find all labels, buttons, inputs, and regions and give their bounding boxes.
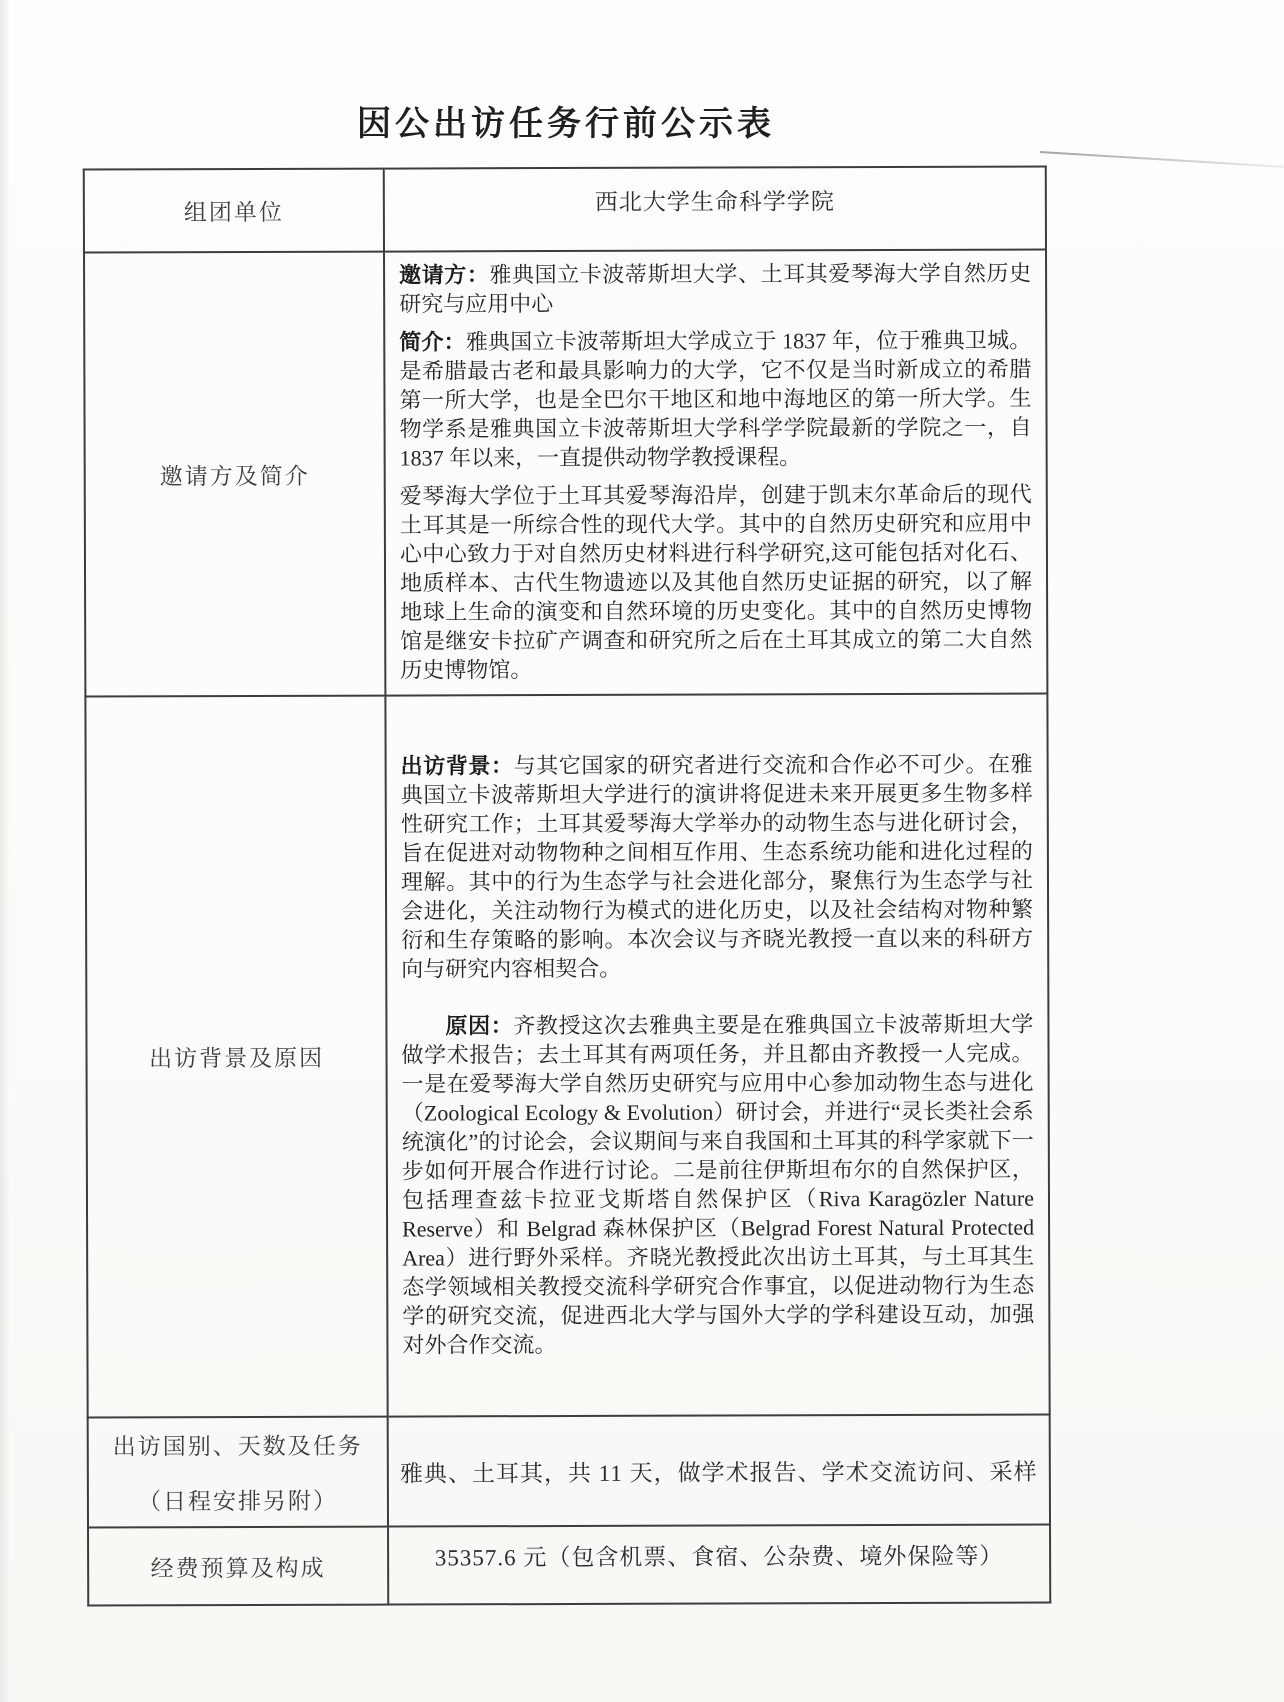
background-row: 出访背景及原因 出访背景：与其它国家的研究者进行交流和合作必不可少。在雅典国立卡…: [85, 693, 1049, 1417]
budget-row: 经费预算及构成 35357.6 元（包含机票、食宿、公杂费、境外保险等）: [88, 1524, 1050, 1605]
scanned-page: 因公出访任务行前公示表 组团单位 西北大学生命科学学院 邀请方及简介 邀请方：雅…: [0, 0, 1284, 1702]
intro-text: 雅典国立卡波蒂斯坦大学成立于 1837 年，位于雅典卫城。是希腊最古老和最具影响…: [399, 328, 1031, 471]
inviter-paragraph: 邀请方：雅典国立卡波蒂斯坦大学、土耳其爱琴海大学自然历史研究与应用中心: [399, 259, 1031, 319]
intro-paragraph: 简介：雅典国立卡波蒂斯坦大学成立于 1837 年，位于雅典卫城。是希腊最古老和最…: [399, 326, 1031, 473]
organizer-row: 组团单位 西北大学生命科学学院: [84, 166, 1046, 252]
scan-line-artifact: [1040, 151, 1284, 168]
inviter-label-cell: 邀请方及简介: [84, 252, 385, 697]
reason-paragraph: 原因：齐教授这次去雅典主要是在雅典国立卡波蒂斯坦大学做学术报告；去土耳其有两项任…: [401, 1009, 1034, 1359]
document-title: 因公出访任务行前公示表: [85, 96, 1047, 145]
countries-row: 出访国别、天数及任务 （日程安排另附） 雅典、土耳其，共 11 天，做学术报告、…: [88, 1414, 1050, 1527]
reason-lead: 原因：: [445, 1013, 513, 1038]
background-label-cell: 出访背景及原因: [85, 696, 387, 1418]
scan-edge-shade: [0, 0, 10, 1702]
budget-value-cell: 35357.6 元（包含机票、食宿、公杂费、境外保险等）: [388, 1524, 1050, 1604]
intro-lead: 简介：: [399, 329, 466, 354]
countries-label-line1: 出访国别、天数及任务: [95, 1428, 381, 1462]
countries-value-cell: 雅典、土耳其，共 11 天，做学术报告、学术交流访问、采样: [388, 1414, 1050, 1526]
inviter-lead: 邀请方：: [399, 262, 489, 287]
background-paragraph: 出访背景：与其它国家的研究者进行交流和合作必不可少。在雅典国立卡波蒂斯坦大学进行…: [401, 749, 1034, 983]
inviter-row: 邀请方及简介 邀请方：雅典国立卡波蒂斯坦大学、土耳其爱琴海大学自然历史研究与应用…: [84, 249, 1047, 696]
background-lead: 出访背景：: [401, 753, 514, 778]
aegean-text: 爱琴海大学位于土耳其爱琴海沿岸，创建于凯末尔革命后的现代土耳其是一所综合性的现代…: [400, 482, 1033, 683]
organizer-label-cell: 组团单位: [84, 169, 384, 253]
pre-departure-form-table: 组团单位 西北大学生命科学学院 邀请方及简介 邀请方：雅典国立卡波蒂斯坦大学、土…: [83, 165, 1052, 1606]
reason-text: 齐教授这次去雅典主要是在雅典国立卡波蒂斯坦大学做学术报告；去土耳其有两项任务，并…: [401, 1011, 1034, 1357]
background-text: 与其它国家的研究者进行交流和合作必不可少。在雅典国立卡波蒂斯坦大学进行的演讲将促…: [401, 751, 1034, 981]
background-content-cell: 出访背景：与其它国家的研究者进行交流和合作必不可少。在雅典国立卡波蒂斯坦大学进行…: [385, 693, 1049, 1416]
inviter-text: 雅典国立卡波蒂斯坦大学、土耳其爱琴海大学自然历史研究与应用中心: [399, 261, 1031, 317]
budget-label-cell: 经费预算及构成: [88, 1527, 388, 1606]
countries-label-line2: （日程安排另附）: [95, 1483, 381, 1517]
aegean-paragraph: 爱琴海大学位于土耳其爱琴海沿岸，创建于凯末尔革命后的现代土耳其是一所综合性的现代…: [400, 480, 1033, 685]
inviter-content-cell: 邀请方：雅典国立卡波蒂斯坦大学、土耳其爱琴海大学自然历史研究与应用中心 简介：雅…: [384, 249, 1047, 695]
organizer-value-cell: 西北大学生命科学学院: [384, 166, 1046, 251]
countries-label-cell: 出访国别、天数及任务 （日程安排另附）: [88, 1417, 388, 1528]
